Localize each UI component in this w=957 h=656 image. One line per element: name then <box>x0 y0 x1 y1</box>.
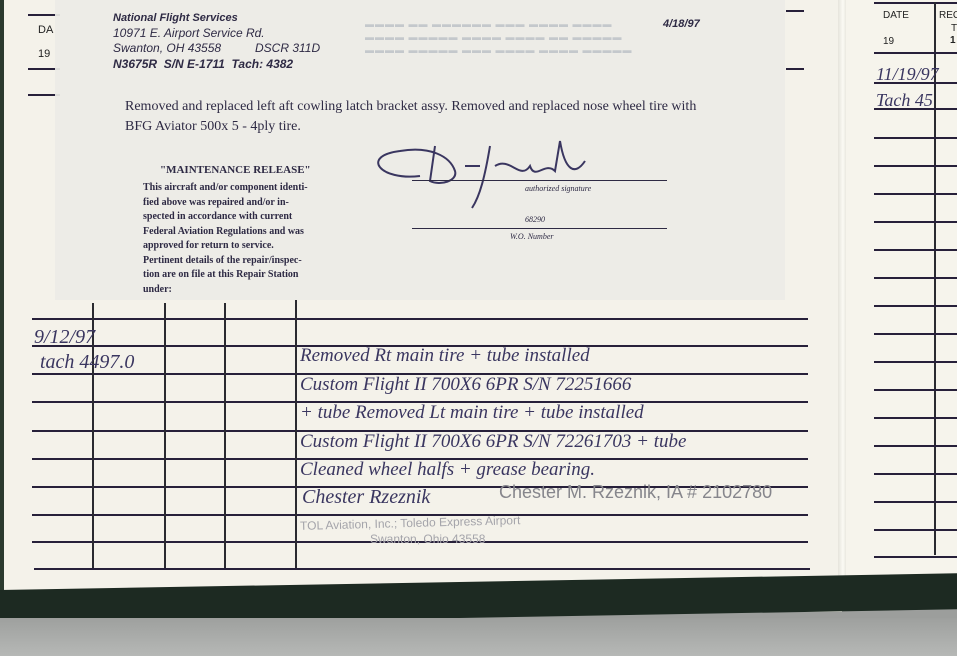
entry-line-2: Custom Flight II 700X6 6PR S/N 72251666 <box>300 374 631 396</box>
ia-stamp-name: Chester M. Rzeznik, IA # 2102780 <box>499 482 772 503</box>
col-date-header: DATE <box>883 10 909 21</box>
column-divider <box>295 300 297 568</box>
ia-stamp-city: Swanton, Ohio 43558 <box>370 532 485 546</box>
faint-preprinted-text: ▬▬▬▬ ▬▬ ▬▬▬▬▬▬ ▬▬▬ ▬▬▬▬ ▬▬▬▬▬▬▬▬ ▬▬▬▬▬ ▬… <box>365 18 785 57</box>
column-divider <box>164 303 166 568</box>
rule <box>874 277 957 279</box>
authorized-signature-icon <box>360 136 600 216</box>
col-record-sub: T <box>951 23 957 34</box>
sticker-date: 4/18/97 <box>663 18 700 30</box>
release-line: This aircraft and/or component identi- <box>143 181 343 196</box>
rule <box>874 556 957 558</box>
logbook-right-page: DATE RECO T 1 19 11/19/97 Tach 45 <box>846 0 957 596</box>
company-address: 10971 E. Airport Service Rd. <box>113 26 265 40</box>
rule <box>874 333 957 335</box>
entry-line-3: + tube Removed Lt main tire + tube insta… <box>300 402 644 424</box>
rule <box>32 318 808 320</box>
rule <box>874 165 957 167</box>
rule <box>874 82 957 84</box>
release-line: Pertinent details of the repair/inspec- <box>143 254 343 269</box>
scanner-background <box>0 618 957 656</box>
wo-label: W.O. Number <box>510 232 553 241</box>
dscr-number: DSCR 311D <box>255 41 320 55</box>
signature-line <box>412 180 667 181</box>
company-name: National Flight Services <box>113 12 238 24</box>
maintenance-sticker: ▬▬▬▬ ▬▬ ▬▬▬▬▬▬ ▬▬▬ ▬▬▬▬ ▬▬▬▬▬▬▬▬ ▬▬▬▬▬ ▬… <box>55 0 785 300</box>
release-line: approved for return to service. <box>143 239 343 254</box>
entry-date: 9/12/97 <box>34 326 95 349</box>
rule <box>874 445 957 447</box>
rule <box>874 389 957 391</box>
mechanic-signature: Chester Rzeznik <box>302 486 430 509</box>
company-city: Swanton, OH 43558 <box>113 41 221 55</box>
rule <box>874 221 957 223</box>
entry-tach: tach 4497.0 <box>40 351 134 374</box>
release-line: under: <box>143 283 343 298</box>
ia-stamp-company: TOL Aviation, Inc.; Toledo Express Airpo… <box>300 513 521 533</box>
work-description-line-2: BFG Aviator 500x 5 - 4ply tire. <box>125 119 301 135</box>
rule <box>34 568 810 570</box>
entry-line-4: Custom Flight II 700X6 6PR S/N 72261703 … <box>300 431 686 453</box>
rule <box>874 193 957 195</box>
entry-line-5: Cleaned wheel halfs + grease bearing. <box>300 459 595 481</box>
rule <box>874 529 957 531</box>
year-prefix: 19 <box>38 48 50 60</box>
release-text: This aircraft and/or component identi- f… <box>143 181 343 297</box>
release-line: fied above was repaired and/or in- <box>143 196 343 211</box>
rule <box>786 10 804 12</box>
rule <box>874 2 957 4</box>
right-year-prefix: 19 <box>883 36 894 47</box>
rule <box>874 361 957 363</box>
aircraft-info: N3675R S/N E-1711 Tach: 4382 <box>113 57 293 71</box>
rule <box>874 52 957 54</box>
col-record-sub2: 1 <box>950 35 956 46</box>
release-line: tion are on file at this Repair Station <box>143 268 343 283</box>
release-line: spected in accordance with current <box>143 210 343 225</box>
wo-line <box>412 228 667 229</box>
rule <box>874 249 957 251</box>
wo-number: 68290 <box>525 215 545 224</box>
work-description-line-1: Removed and replaced left aft cowling la… <box>125 99 696 115</box>
rule <box>786 68 804 70</box>
signature-label: authorized signature <box>525 184 591 193</box>
rule <box>874 417 957 419</box>
rule <box>874 108 957 110</box>
rule <box>874 501 957 503</box>
release-title: "MAINTENANCE RELEASE" <box>160 164 311 176</box>
release-line: Federal Aviation Regulations and was <box>143 225 343 240</box>
col-record-header: RECO <box>939 10 957 21</box>
rule <box>874 473 957 475</box>
entry-line-1: Removed Rt main tire + tube installed <box>300 345 590 367</box>
rule <box>874 305 957 307</box>
column-divider <box>224 303 226 568</box>
date-header-fragment: DA <box>38 24 53 36</box>
rule <box>874 137 957 139</box>
